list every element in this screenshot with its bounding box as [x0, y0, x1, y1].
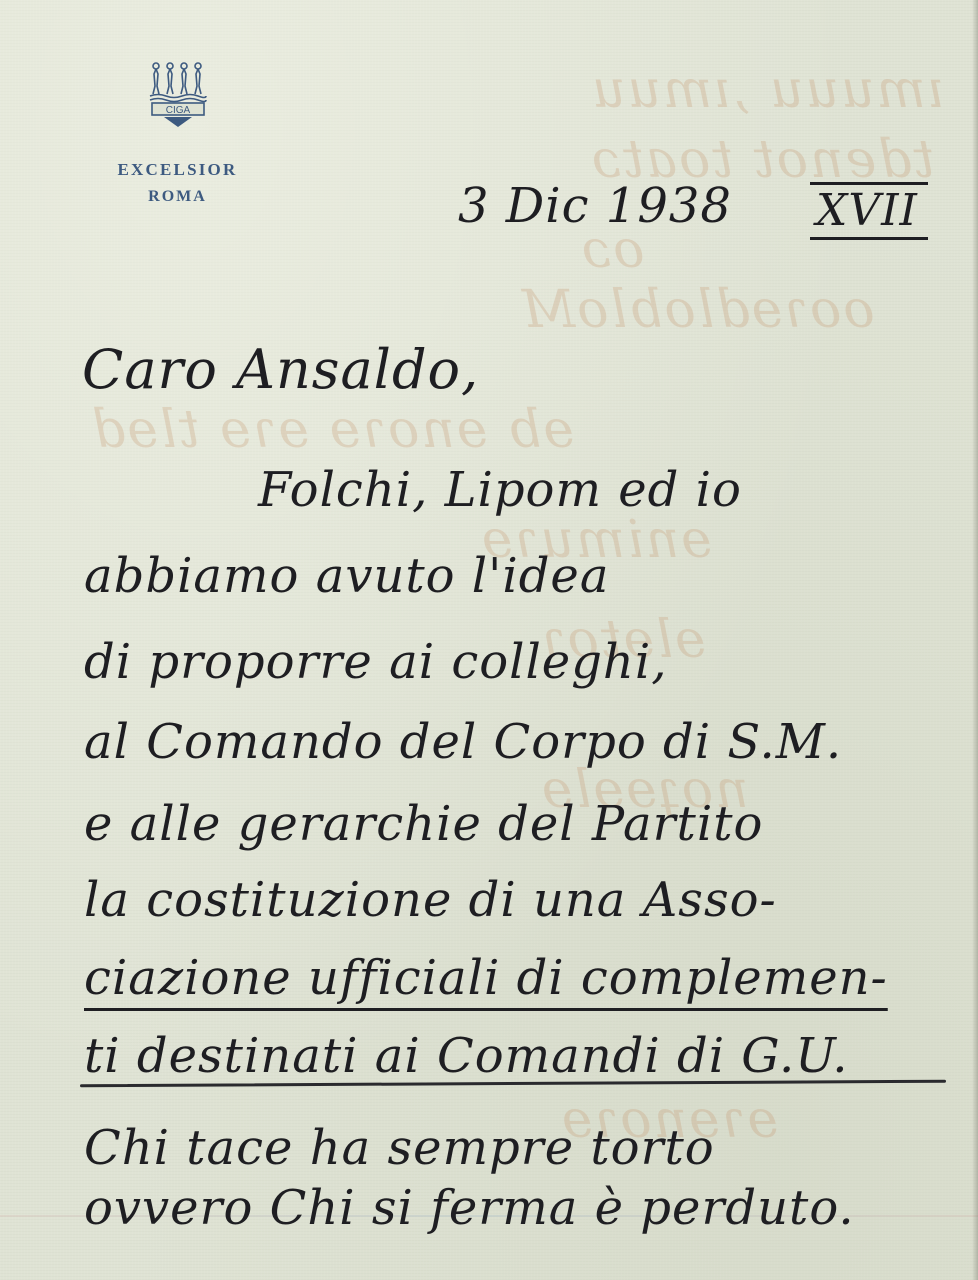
- body-line: Folchi, Lipom ed io: [258, 462, 742, 518]
- body-line: la costituzione di una Asso-: [84, 872, 777, 928]
- hotel-city: ROMA: [80, 188, 275, 206]
- body-line: Chi tace ha sempre torto: [84, 1120, 715, 1176]
- body-line: e alle gerarchie del Partito: [84, 796, 763, 852]
- body-line: di proporre ai colleghi,: [84, 634, 667, 690]
- salutation: Caro Ansaldo,: [82, 338, 479, 401]
- letter-date: 3 Dic 1938: [458, 178, 732, 234]
- body-line: abbiamo avuto l'idea: [84, 548, 609, 604]
- fascist-era-year: XVII: [810, 182, 928, 240]
- body-line: al Comando del Corpo di S.M.: [84, 714, 842, 770]
- body-line: ciazione ufficiali di complemen-: [84, 950, 888, 1006]
- hotel-name: EXCELSIOR: [80, 160, 275, 180]
- body-line: ovvero Chi si ferma è perduto.: [84, 1180, 855, 1236]
- letterhead: CIGA EXCELSIOR ROMA: [80, 60, 275, 206]
- crest-label: CIGA: [165, 105, 190, 116]
- ciga-crest-icon: CIGA: [146, 60, 210, 130]
- body-line: ti destinati ai Comandi di G.U.: [84, 1028, 849, 1084]
- paper-edge-shadow: [972, 0, 978, 1280]
